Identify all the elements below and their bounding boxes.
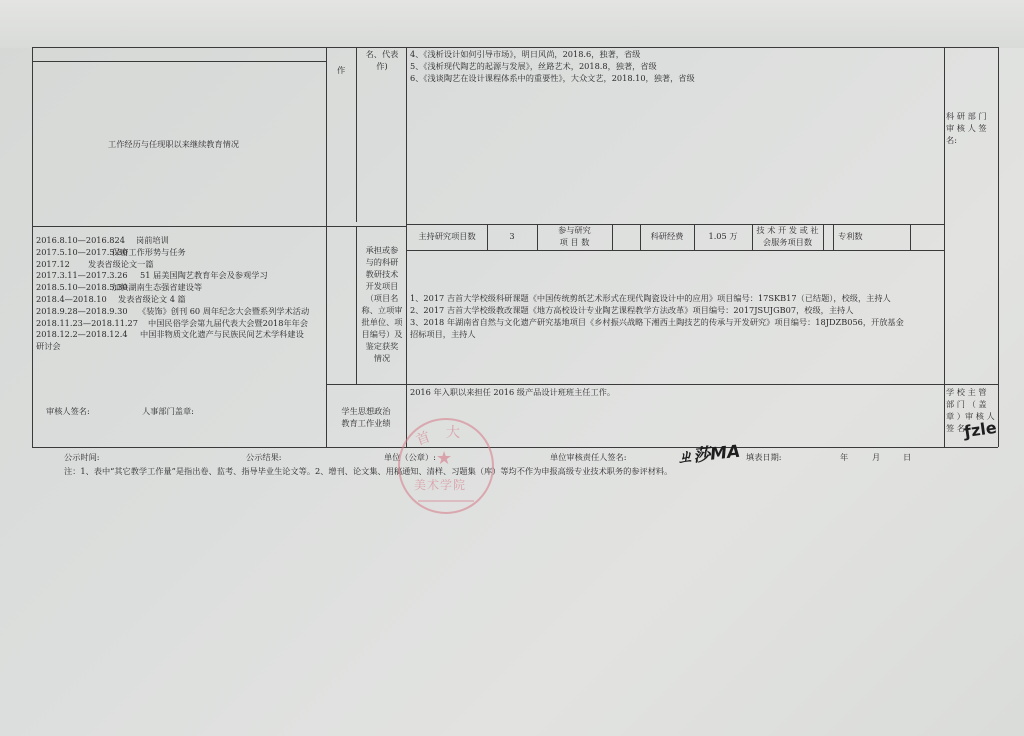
history-item: 中国民俗学会第九届代表大会暨2018年年会 — [148, 318, 308, 330]
fill-date-label: 填表日期: — [746, 452, 782, 464]
publicity-time-label: 公示时间: — [64, 452, 100, 464]
fill-date-month: 月 — [872, 452, 880, 464]
history-item: 岗前培训 — [136, 235, 169, 247]
history-period: 2017.12 — [36, 259, 70, 271]
hr-seal-label: 人事部门盖章: — [142, 406, 194, 418]
history-item: 51 届美国陶艺教育年会及参观学习 — [140, 270, 268, 282]
work-entry: 6、《浅谈陶艺在设计课程体系中的重要性》，大众文艺，2018.10，独著，省级 — [410, 73, 695, 85]
footer-note: 注：1、表中“其它教学工作量”是指出卷、监考、指导毕业生论文等。2、增刊、论文集… — [64, 466, 672, 478]
student-work-label-line1: 学生思想政治 — [326, 406, 406, 418]
works-col1-label: 作 — [337, 65, 345, 77]
history-item: 发表省级论文 4 篇 — [118, 294, 186, 306]
research-side-label-line: 情况 — [358, 352, 406, 364]
dept-label-line: 科 研 部 门 — [946, 110, 998, 122]
research-side-label-line: 称、立项审 — [358, 304, 406, 316]
research-dept-signature-label: 科 研 部 门审 核 人 签名: — [946, 110, 998, 146]
tech-services-label-line2: 会服务项目数 — [752, 237, 823, 249]
research-side-label: 承担或参与的科研教研技术开发项目（项目名称、立项审批单位、项目编号）及鉴定获奖情… — [358, 244, 406, 364]
student-work-content: 2016 年入职以来担任 2016 级产品设计班班主任工作。 — [410, 387, 615, 399]
host-projects-value: 3 — [487, 231, 537, 243]
work-history-title: 工作经历与任现职以来继续教育情况 — [108, 139, 239, 151]
publicity-result-label: 公示结果: — [246, 452, 282, 464]
funding-label: 科研经费 — [640, 231, 694, 243]
patent-label: 专利数 — [838, 231, 863, 243]
dept-label-line: 名: — [946, 134, 998, 146]
research-side-label-line: （项目名 — [358, 292, 406, 304]
research-side-label-line: 鉴定获奖 — [358, 340, 406, 352]
history-item: 《装饰》创刊 60 周年纪念大会暨系列学术活动 — [138, 306, 309, 318]
work-entry: 5、《浅析现代陶艺的起源与发展》，丝路艺术，2018.8，独著，省级 — [410, 61, 657, 73]
stamp-char-1: 首 — [413, 426, 433, 450]
dept-label-line: 部 门 （ 盖 — [946, 398, 998, 410]
history-period: 2017.3.11—2017.3.26 — [36, 270, 128, 282]
works-col2-label-line1: 名、代表 — [358, 49, 406, 61]
tech-services-label-line1: 技 术 开 发 或 社 — [752, 225, 823, 237]
stamp-bottom-text: 美术学院 — [414, 476, 466, 493]
stamp-rim-text — [418, 500, 474, 502]
participate-projects-label-line1: 参与研究 — [537, 225, 612, 237]
history-item: 中国非物质文化遗产与民族民间艺术学科建设 — [140, 329, 304, 341]
history-item: 研讨会 — [36, 341, 61, 353]
host-projects-label: 主持研究项目数 — [407, 231, 487, 243]
unit-reviewer-label: 单位审核责任人签名: — [550, 452, 626, 464]
unit-reviewer-signature: ㄓ莎MA — [675, 437, 741, 469]
student-work-label-line2: 教育工作业绩 — [326, 418, 406, 430]
history-period: 2018.4—2018.10 — [36, 294, 107, 306]
official-seal-stamp: 首 大 ★ 美术学院 — [398, 418, 494, 514]
research-side-label-line: 批单位、项 — [358, 316, 406, 328]
history-period: 2016.8.10—2016.824 — [36, 235, 125, 247]
history-period: 2018.9.28—2018.9.30 — [36, 306, 128, 318]
history-item: 发表省级论文一篇 — [88, 259, 154, 271]
fill-date-day: 日 — [903, 452, 911, 464]
research-project-entry: 3、2018 年湖南省自然与文化遗产研究基地项目《乡村振兴战略下湘西土陶技艺的传… — [410, 317, 904, 329]
research-side-label-line: 承担或参 — [358, 244, 406, 256]
paper-top-edge — [0, 0, 1024, 48]
star-icon: ★ — [436, 448, 452, 469]
research-side-label-line: 与的科研 — [358, 256, 406, 268]
works-col2-label-line2: 作) — [358, 61, 406, 73]
history-period: 2018.11.23—2018.11.27 — [36, 318, 138, 330]
research-side-label-line: 开发项目 — [358, 280, 406, 292]
research-side-label-line: 教研技术 — [358, 268, 406, 280]
dept-label-line: 审 核 人 签 — [946, 122, 998, 134]
research-project-entry: 2、2017 吉首大学校级教改课题《地方高校设计专业陶艺课程教学方法改革》项目编… — [410, 305, 853, 317]
fill-date-year: 年 — [840, 452, 848, 464]
history-item: 保密工作形势与任务 — [112, 247, 186, 259]
history-period: 2018.12.2—2018.12.4 — [36, 329, 128, 341]
funding-value: 1.05 万 — [694, 231, 752, 243]
research-project-entry: 招标项目，主持人 — [410, 329, 476, 341]
research-project-entry: 1、2017 吉首大学校级科研课题《中国传统剪纸艺术形式在现代陶瓷设计中的应用》… — [410, 293, 891, 305]
reviewer-signature-label: 审核人签名: — [46, 406, 90, 418]
school-dept-signature: ƒzle — [963, 418, 998, 441]
work-entry: 4、《浅析设计如何引导市场》，明日风尚，2018.6，独著，省级 — [410, 49, 640, 61]
research-side-label-line: 目编号）及 — [358, 328, 406, 340]
dept-label-line: 学 校 主 管 — [946, 386, 998, 398]
history-item: 加快湖南生态强省建设等 — [112, 282, 202, 294]
stamp-char-2: 大 — [446, 422, 460, 442]
participate-projects-label-line2: 项 目 数 — [537, 237, 612, 249]
